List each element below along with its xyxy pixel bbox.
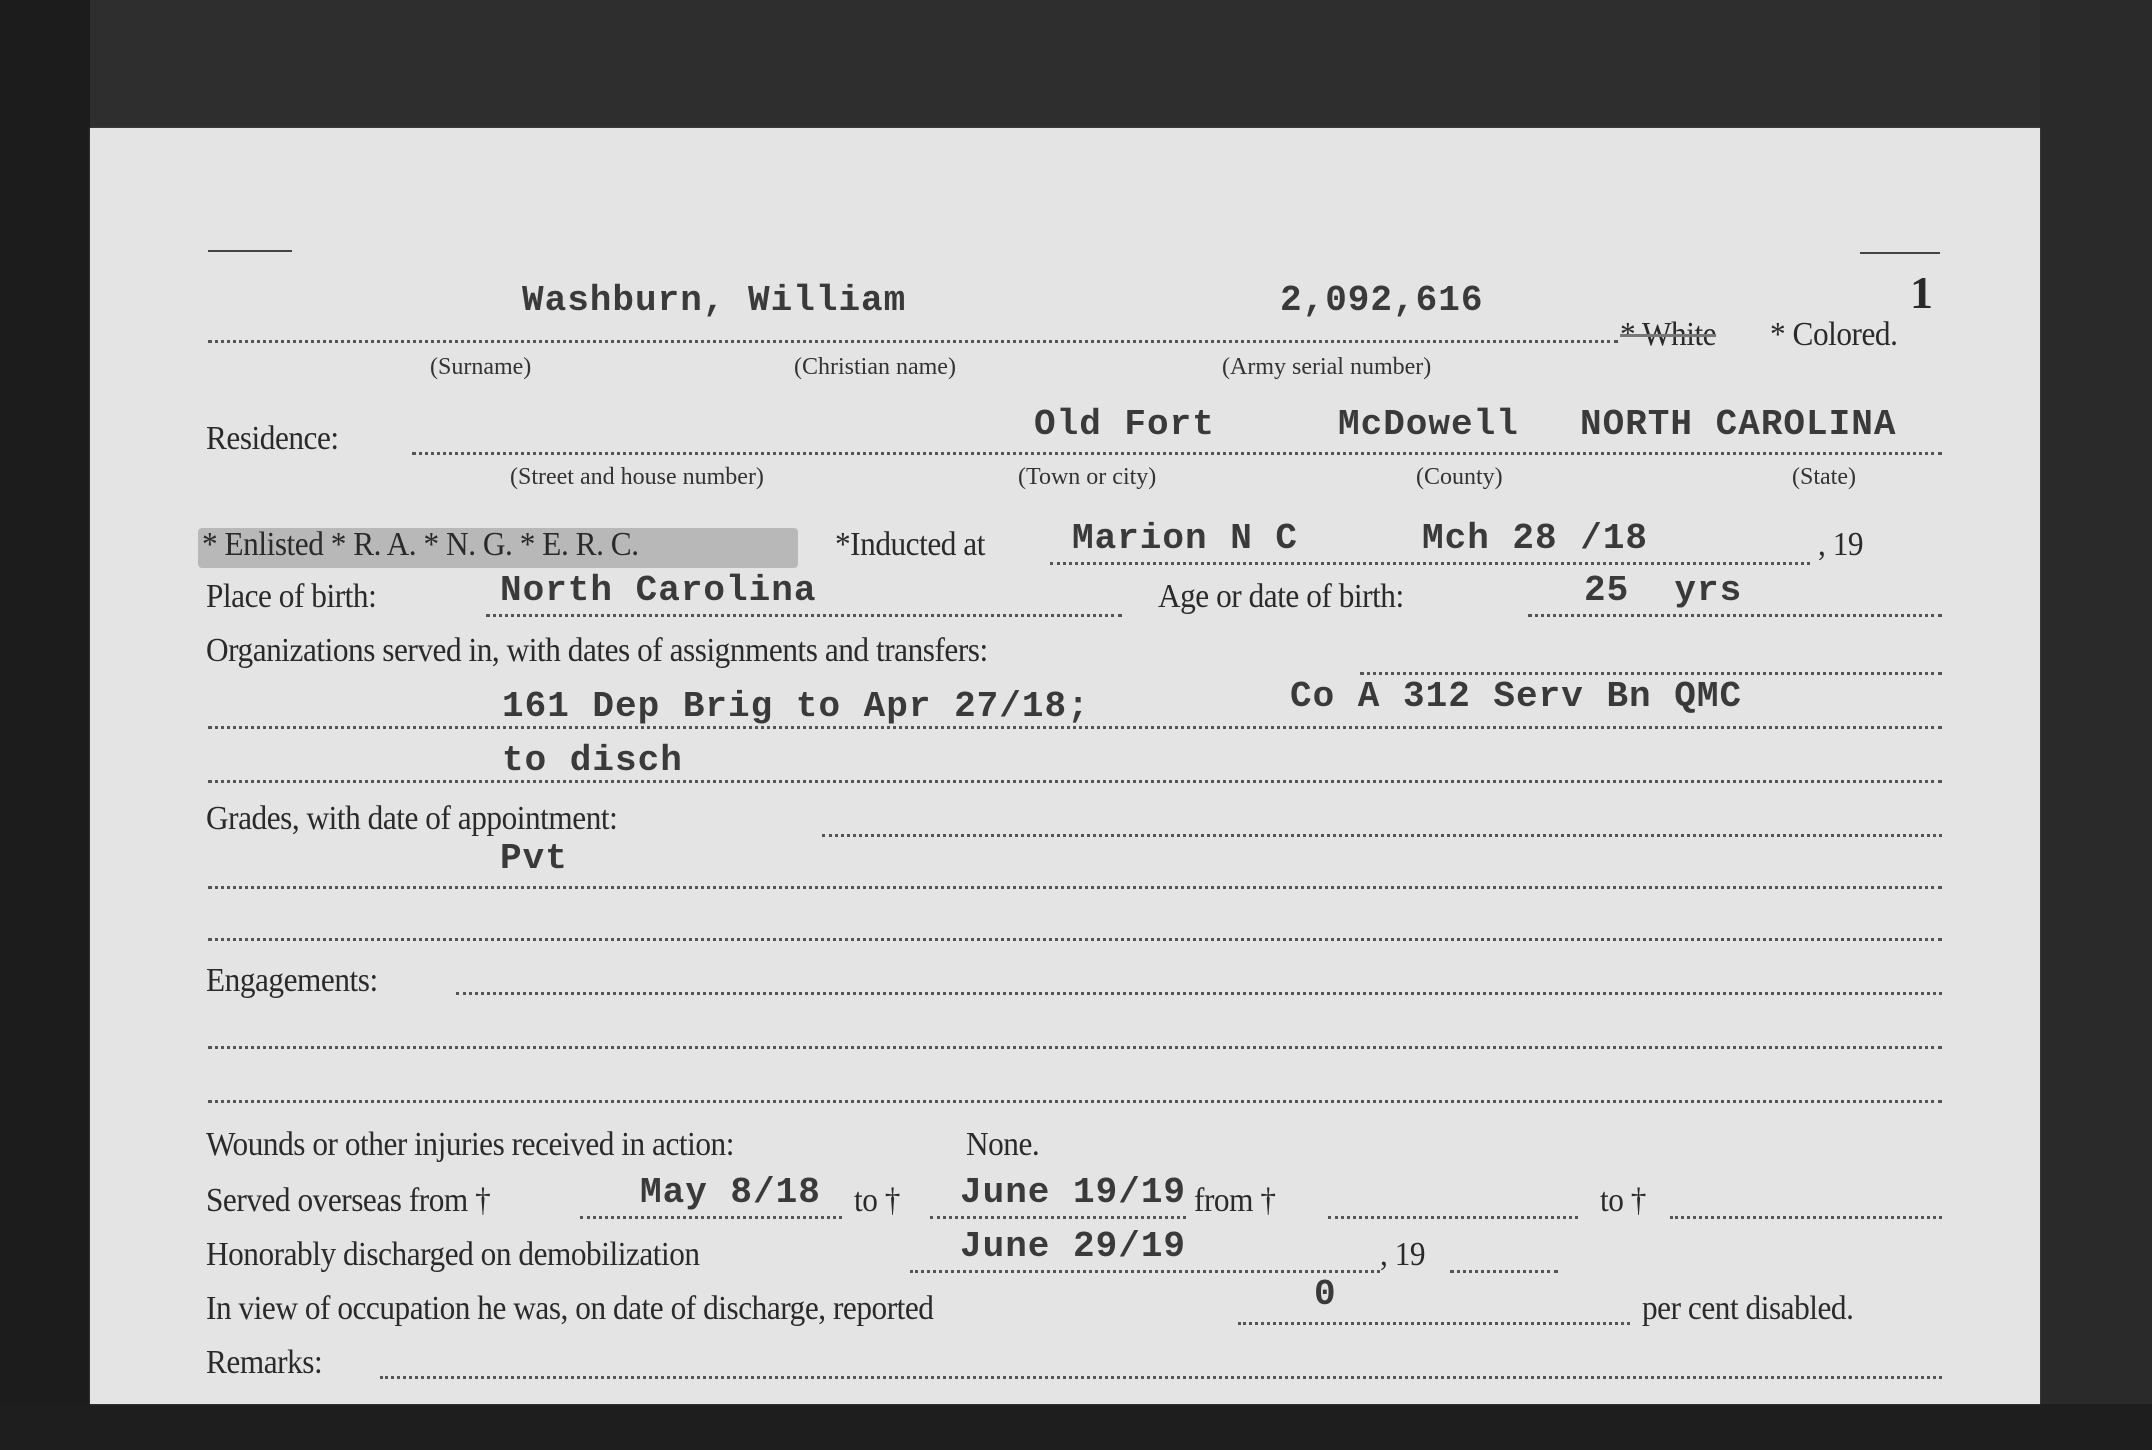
organizations-line-0 — [1360, 672, 1942, 675]
discharge-year-suffix: , 19 — [1380, 1236, 1425, 1274]
overseas-from-date: May 8/18 — [640, 1172, 821, 1213]
remarks-label: Remarks: — [206, 1344, 322, 1382]
remarks-line — [380, 1376, 1942, 1379]
caption-state: (State) — [1792, 464, 1856, 491]
residence-county: McDowell — [1338, 404, 1519, 445]
name-value: Washburn, William — [522, 280, 906, 321]
card-number: 1 — [1910, 266, 1933, 319]
residence-town: Old Fort — [1034, 404, 1215, 445]
age-label: Age or date of birth: — [1158, 578, 1404, 616]
disability-suffix: per cent disabled. — [1642, 1290, 1853, 1328]
age-value: 25 yrs — [1584, 570, 1742, 611]
engagements-line-2 — [208, 1100, 1942, 1103]
corner-mark-right — [1860, 252, 1940, 254]
caption-street: (Street and house number) — [510, 464, 764, 491]
scan-border-bottom — [0, 1404, 2152, 1450]
grades-line-1 — [208, 886, 1942, 889]
overseas-to-label: to † — [854, 1182, 900, 1220]
inducted-place: Marion N C — [1072, 518, 1298, 559]
caption-county: (County) — [1416, 464, 1503, 491]
scan-border-right — [2040, 0, 2152, 1450]
engagements-label: Engagements: — [206, 962, 378, 1000]
organizations-line1-part1: 161 Dep Brig to Apr 27/18; — [502, 686, 1090, 727]
race-colored: * Colored. — [1770, 316, 1897, 354]
overseas-to-line — [930, 1216, 1186, 1219]
discharge-year-line — [1450, 1270, 1558, 1273]
grades-line-2 — [208, 938, 1942, 941]
race-white: * White — [1620, 316, 1716, 354]
engagements-line-0 — [456, 992, 1942, 995]
enlistment-options: * Enlisted * R. A. * N. G. * E. R. C. — [202, 526, 639, 564]
age-line — [1528, 614, 1942, 617]
overseas-from2-label: from † — [1194, 1182, 1276, 1220]
organizations-line1-part2: Co A 312 Serv Bn QMC — [1290, 676, 1742, 717]
organizations-line-2 — [208, 780, 1942, 783]
residence-line — [412, 452, 1942, 455]
overseas-to2-line — [1670, 1216, 1942, 1219]
discharge-line — [910, 1270, 1380, 1273]
discharge-date: June 29/19 — [960, 1226, 1186, 1267]
caption-christian-name: (Christian name) — [794, 354, 956, 381]
inducted-year-suffix: , 19 — [1818, 526, 1863, 564]
scan-border-left — [0, 0, 90, 1450]
overseas-to2-label: to † — [1600, 1182, 1646, 1220]
caption-surname: (Surname) — [430, 354, 531, 381]
inducted-label: *Inducted at — [835, 526, 985, 564]
grades-line-0 — [822, 834, 1942, 837]
organizations-line-1 — [208, 726, 1942, 729]
overseas-from-line — [580, 1216, 842, 1219]
residence-state: NORTH CAROLINA — [1580, 404, 1896, 445]
grades-label: Grades, with date of appointment: — [206, 800, 617, 838]
name-line — [208, 340, 1618, 343]
birthplace-value: North Carolina — [500, 570, 816, 611]
disability-value: 0 — [1314, 1274, 1337, 1315]
caption-serial-number: (Army serial number) — [1222, 354, 1431, 381]
overseas-from2-line — [1328, 1216, 1578, 1219]
organizations-label: Organizations served in, with dates of a… — [206, 632, 988, 670]
birthplace-line — [486, 614, 1122, 617]
corner-mark-left — [208, 250, 292, 252]
wounds-value: None. — [966, 1126, 1039, 1164]
grades-value: Pvt — [500, 838, 568, 879]
serial-number-value: 2,092,616 — [1280, 280, 1483, 321]
service-record-card: 1 Washburn, William 2,092,616 * White * … — [90, 128, 2040, 1404]
organizations-line2: to disch — [502, 740, 683, 781]
wounds-label: Wounds or other injuries received in act… — [206, 1126, 734, 1164]
disability-label: In view of occupation he was, on date of… — [206, 1290, 933, 1328]
discharge-label: Honorably discharged on demobilization — [206, 1236, 700, 1274]
inducted-date: Mch 28 /18 — [1422, 518, 1648, 559]
disability-line — [1238, 1322, 1630, 1325]
birthplace-label: Place of birth: — [206, 578, 376, 616]
overseas-to-date: June 19/19 — [960, 1172, 1186, 1213]
engagements-line-1 — [208, 1046, 1942, 1049]
caption-town: (Town or city) — [1018, 464, 1156, 491]
overseas-label: Served overseas from † — [206, 1182, 490, 1220]
residence-label: Residence: — [206, 420, 339, 458]
inducted-line — [1050, 562, 1810, 565]
